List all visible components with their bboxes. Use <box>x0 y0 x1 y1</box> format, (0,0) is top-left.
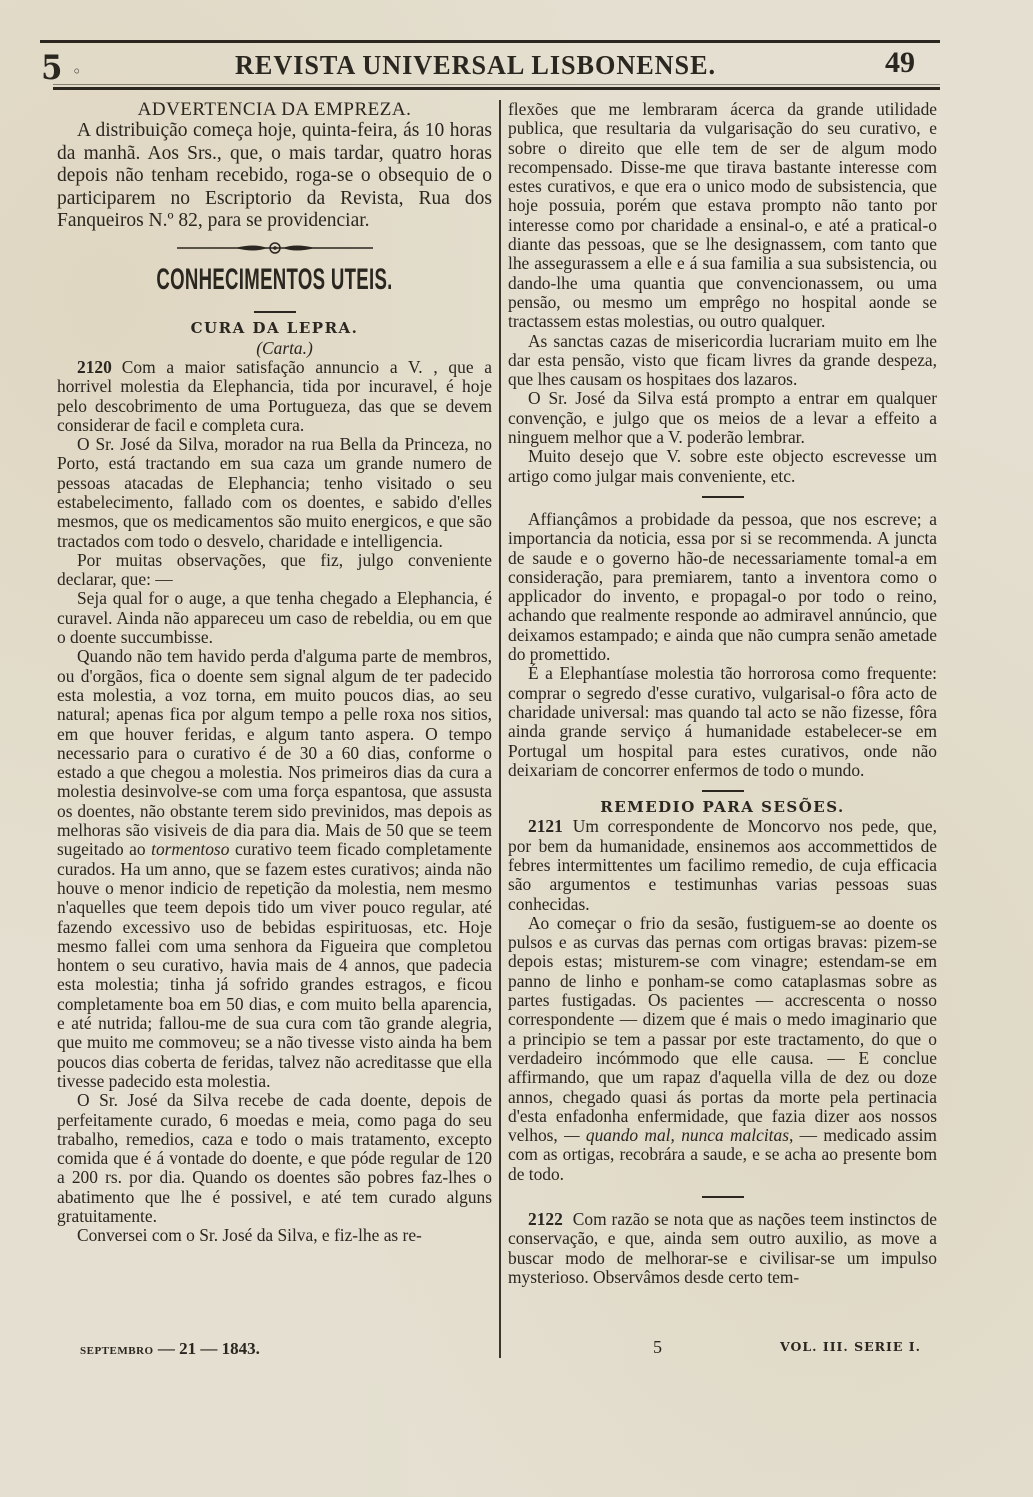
article-heading: CURA DA LEPRA. <box>57 319 492 338</box>
section-heading: CONHECIMENTOS UTEIS. <box>140 263 410 297</box>
article-number: 2122 <box>528 1209 563 1229</box>
ornament-divider-icon <box>175 241 375 255</box>
advert-text: A distribuição começa hoje, quinta-feira… <box>57 120 492 232</box>
article-number: 2120 <box>77 357 112 377</box>
short-rule <box>702 496 744 498</box>
article-paragraph: 2121Um correspondente de Moncorvo nos pe… <box>508 817 937 913</box>
header-top-rule <box>40 40 940 43</box>
masthead-title: REVISTA UNIVERSAL LISBONENSE. <box>235 50 716 81</box>
article-paragraph: 2122Com razão se nota que as nações teem… <box>508 1210 937 1287</box>
editorial-paragraph: Affiançâmos a probidade da pessoa, que n… <box>508 510 937 664</box>
column-divider <box>499 100 501 1358</box>
italic-word: tormentoso <box>151 839 229 859</box>
article-paragraph: flexões que me lembraram ácerca da grand… <box>508 100 937 332</box>
article-paragraph: Conversei com o Sr. José da Silva, e fiz… <box>57 1226 492 1245</box>
article-paragraph: O Sr. José da Silva recebe de cada doent… <box>57 1091 492 1226</box>
page-header: 5 ◦ REVISTA UNIVERSAL LISBONENSE. 49 <box>40 44 940 86</box>
footer-volume: VOL. III. SERIE I. <box>780 1339 921 1354</box>
article-subheading: (Carta.) <box>57 339 492 358</box>
page-number: 49 <box>885 46 915 80</box>
signature-ornament-icon: ◦ <box>72 62 81 81</box>
article-heading: REMEDIO PARA SESÕES. <box>508 798 937 817</box>
article-paragraph: Por muitas observações, que fiz, julgo c… <box>57 551 492 590</box>
advert-heading: ADVERTENCIA DA EMPREZA. <box>57 100 492 119</box>
right-column: flexões que me lembraram ácerca da grand… <box>508 100 937 1287</box>
footer-date: SEPTEMBRO — 21 — 1843. <box>80 1339 260 1359</box>
italic-quote: — quando mal, nunca malcitas, <box>564 1125 793 1145</box>
article-paragraph: O Sr. José da Silva, morador na rua Bell… <box>57 435 492 551</box>
short-rule <box>702 790 744 792</box>
article-paragraph: 2120Com a maior satisfação annuncio a V.… <box>57 358 492 435</box>
footer-day-year: — 21 — 1843. <box>158 1339 260 1358</box>
article-paragraph: Muito desejo que V. sobre este objecto e… <box>508 447 937 486</box>
left-column: ADVERTENCIA DA EMPREZA. A distribuição c… <box>57 100 492 1246</box>
article-paragraph: Ao começar o frio da sesão, fustiguem-se… <box>508 914 937 1184</box>
footer-month: SEPTEMBRO <box>80 1345 154 1357</box>
editorial-paragraph: É a Elephantíase molestia tão horrorosa … <box>508 664 937 780</box>
article-paragraph: O Sr. José da Silva está prompto a entra… <box>508 389 937 447</box>
article-paragraph: Seja qual for o auge, a que tenha chegad… <box>57 589 492 647</box>
advert-block: ADVERTENCIA DA EMPREZA. A distribuição c… <box>57 100 492 232</box>
footer-signature-mark: 5 <box>653 1337 662 1358</box>
article-paragraph: As sanctas cazas de misericordia lucrari… <box>508 332 937 390</box>
header-bottom-rule <box>53 87 940 90</box>
signature-mark: 5 <box>41 48 62 88</box>
article-number: 2121 <box>528 816 563 836</box>
short-rule <box>702 1196 744 1198</box>
short-rule <box>254 311 296 313</box>
article-paragraph: Quando não tem havido perda d'alguma par… <box>57 647 492 1091</box>
